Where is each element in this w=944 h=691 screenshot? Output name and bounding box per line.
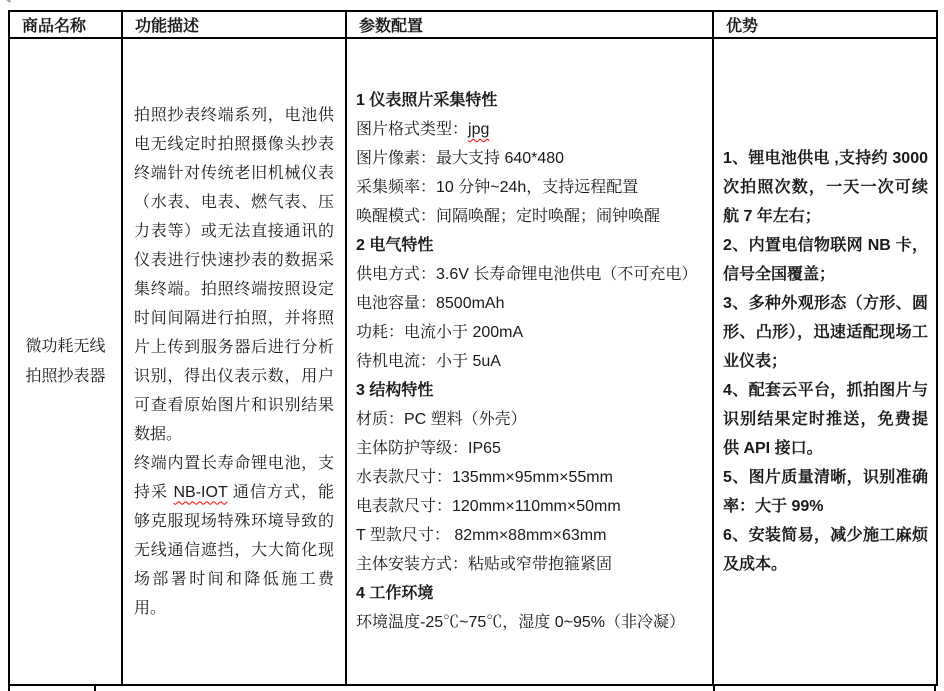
cell-parameter-config: 1 仪表照片采集特性图片格式类型：jpg图片像素：最大支持 640*480采集频…: [346, 38, 713, 685]
partial-row-divider-1: [94, 686, 96, 691]
spellcheck-word-nbiot: NB-IOT: [174, 484, 228, 501]
header-parameter-config: 参数配置: [346, 11, 713, 38]
description-paragraph-2: 终端内置长寿命锂电池，支持采 NB-IOT 通信方式，能够克服现场特殊环境导致的…: [134, 449, 334, 623]
parameters-content: 1 仪表照片采集特性图片格式类型：jpg图片像素：最大支持 640*480采集频…: [356, 86, 707, 637]
param-line: 电池容量：8500mAh: [356, 289, 707, 318]
advantage-item: 4、配套云平台，抓拍图片与识别结果定时推送，免费提供 API 接口。: [723, 376, 928, 463]
cell-function-description: 拍照抄表终端系列，电池供电无线定时拍照摄像头抄表终端针对传统老旧机械仪表（水表、…: [122, 38, 346, 685]
next-row-partial: [8, 686, 936, 691]
header-advantages: 优势: [713, 11, 937, 38]
param-line: 待机电流：小于 5uA: [356, 347, 707, 376]
param-line: 主体防护等级：IP65: [356, 434, 707, 463]
advantage-item: 3、多种外观形态（方形、圆形、凸形），迅速适配现场工业仪表；: [723, 289, 928, 376]
spellcheck-word: jpg: [468, 121, 489, 138]
param-line: 材质：PC 塑料（外壳）: [356, 405, 707, 434]
param-line: 供电方式：3.6V 长寿命锂电池供电（不可充电）: [356, 260, 707, 289]
header-row: 商品名称 功能描述 参数配置 优势: [9, 11, 937, 38]
advantage-item: 2、内置电信物联网 NB 卡，信号全国覆盖；: [723, 231, 928, 289]
param-line: 唤醒模式：间隔唤醒；定时唤醒；闹钟唤醒: [356, 202, 707, 231]
table-handle-mark: [0, 0, 11, 3]
product-row: 微功耗无线 拍照抄表器 拍照抄表终端系列，电池供电无线定时拍照摄像头抄表终端针对…: [9, 38, 937, 685]
product-name-line1: 微功耗无线: [11, 332, 120, 362]
param-line: T 型款尺寸： 82mm×88mm×63mm: [356, 521, 707, 550]
description-para2-post: 通信方式，能够克服现场特殊环境导致的无线通信遮挡，大大简化现场部署时间和降低施工…: [134, 484, 334, 617]
header-product-name: 商品名称: [9, 11, 122, 38]
param-section-title: 4 工作环境: [356, 579, 707, 608]
partial-row-divider-2: [713, 686, 715, 691]
advantage-item: 6、安装简易，减少施工麻烦及成本。: [723, 521, 928, 579]
product-spec-table: 商品名称 功能描述 参数配置 优势 微功耗无线 拍照抄表器 拍照抄表终端系列，电…: [8, 10, 938, 686]
cell-advantages: 1、锂电池供电 ,支持约 3000 次拍照次数，一天一次可续航 7 年左右；2、…: [713, 38, 937, 685]
description-paragraph-1: 拍照抄表终端系列，电池供电无线定时拍照摄像头抄表终端针对传统老旧机械仪表（水表、…: [134, 101, 334, 449]
param-line: 采集频率：10 分钟~24h，支持远程配置: [356, 173, 707, 202]
param-line: 功耗：电流小于 200mA: [356, 318, 707, 347]
advantage-item: 5、图片质量清晰，识别准确率：大于 99%: [723, 463, 928, 521]
advantages-content: 1、锂电池供电 ,支持约 3000 次拍照次数，一天一次可续航 7 年左右；2、…: [723, 144, 928, 579]
header-function-description: 功能描述: [122, 11, 346, 38]
param-section-title: 3 结构特性: [356, 376, 707, 405]
product-name-line2: 拍照抄表器: [11, 362, 120, 392]
param-line: 图片像素：最大支持 640*480: [356, 144, 707, 173]
param-line: 水表款尺寸：135mm×95mm×55mm: [356, 463, 707, 492]
param-section-title: 1 仪表照片采集特性: [356, 86, 707, 115]
param-line: 电表款尺寸：120mm×110mm×50mm: [356, 492, 707, 521]
param-line: 图片格式类型：jpg: [356, 115, 707, 144]
param-line: 主体安装方式：粘贴或窄带抱箍紧固: [356, 550, 707, 579]
cell-product-name: 微功耗无线 拍照抄表器: [9, 38, 122, 685]
advantage-item: 1、锂电池供电 ,支持约 3000 次拍照次数，一天一次可续航 7 年左右；: [723, 144, 928, 231]
param-line: 环境温度-25℃~75℃，湿度 0~95%（非冷凝）: [356, 608, 707, 637]
param-section-title: 2 电气特性: [356, 231, 707, 260]
